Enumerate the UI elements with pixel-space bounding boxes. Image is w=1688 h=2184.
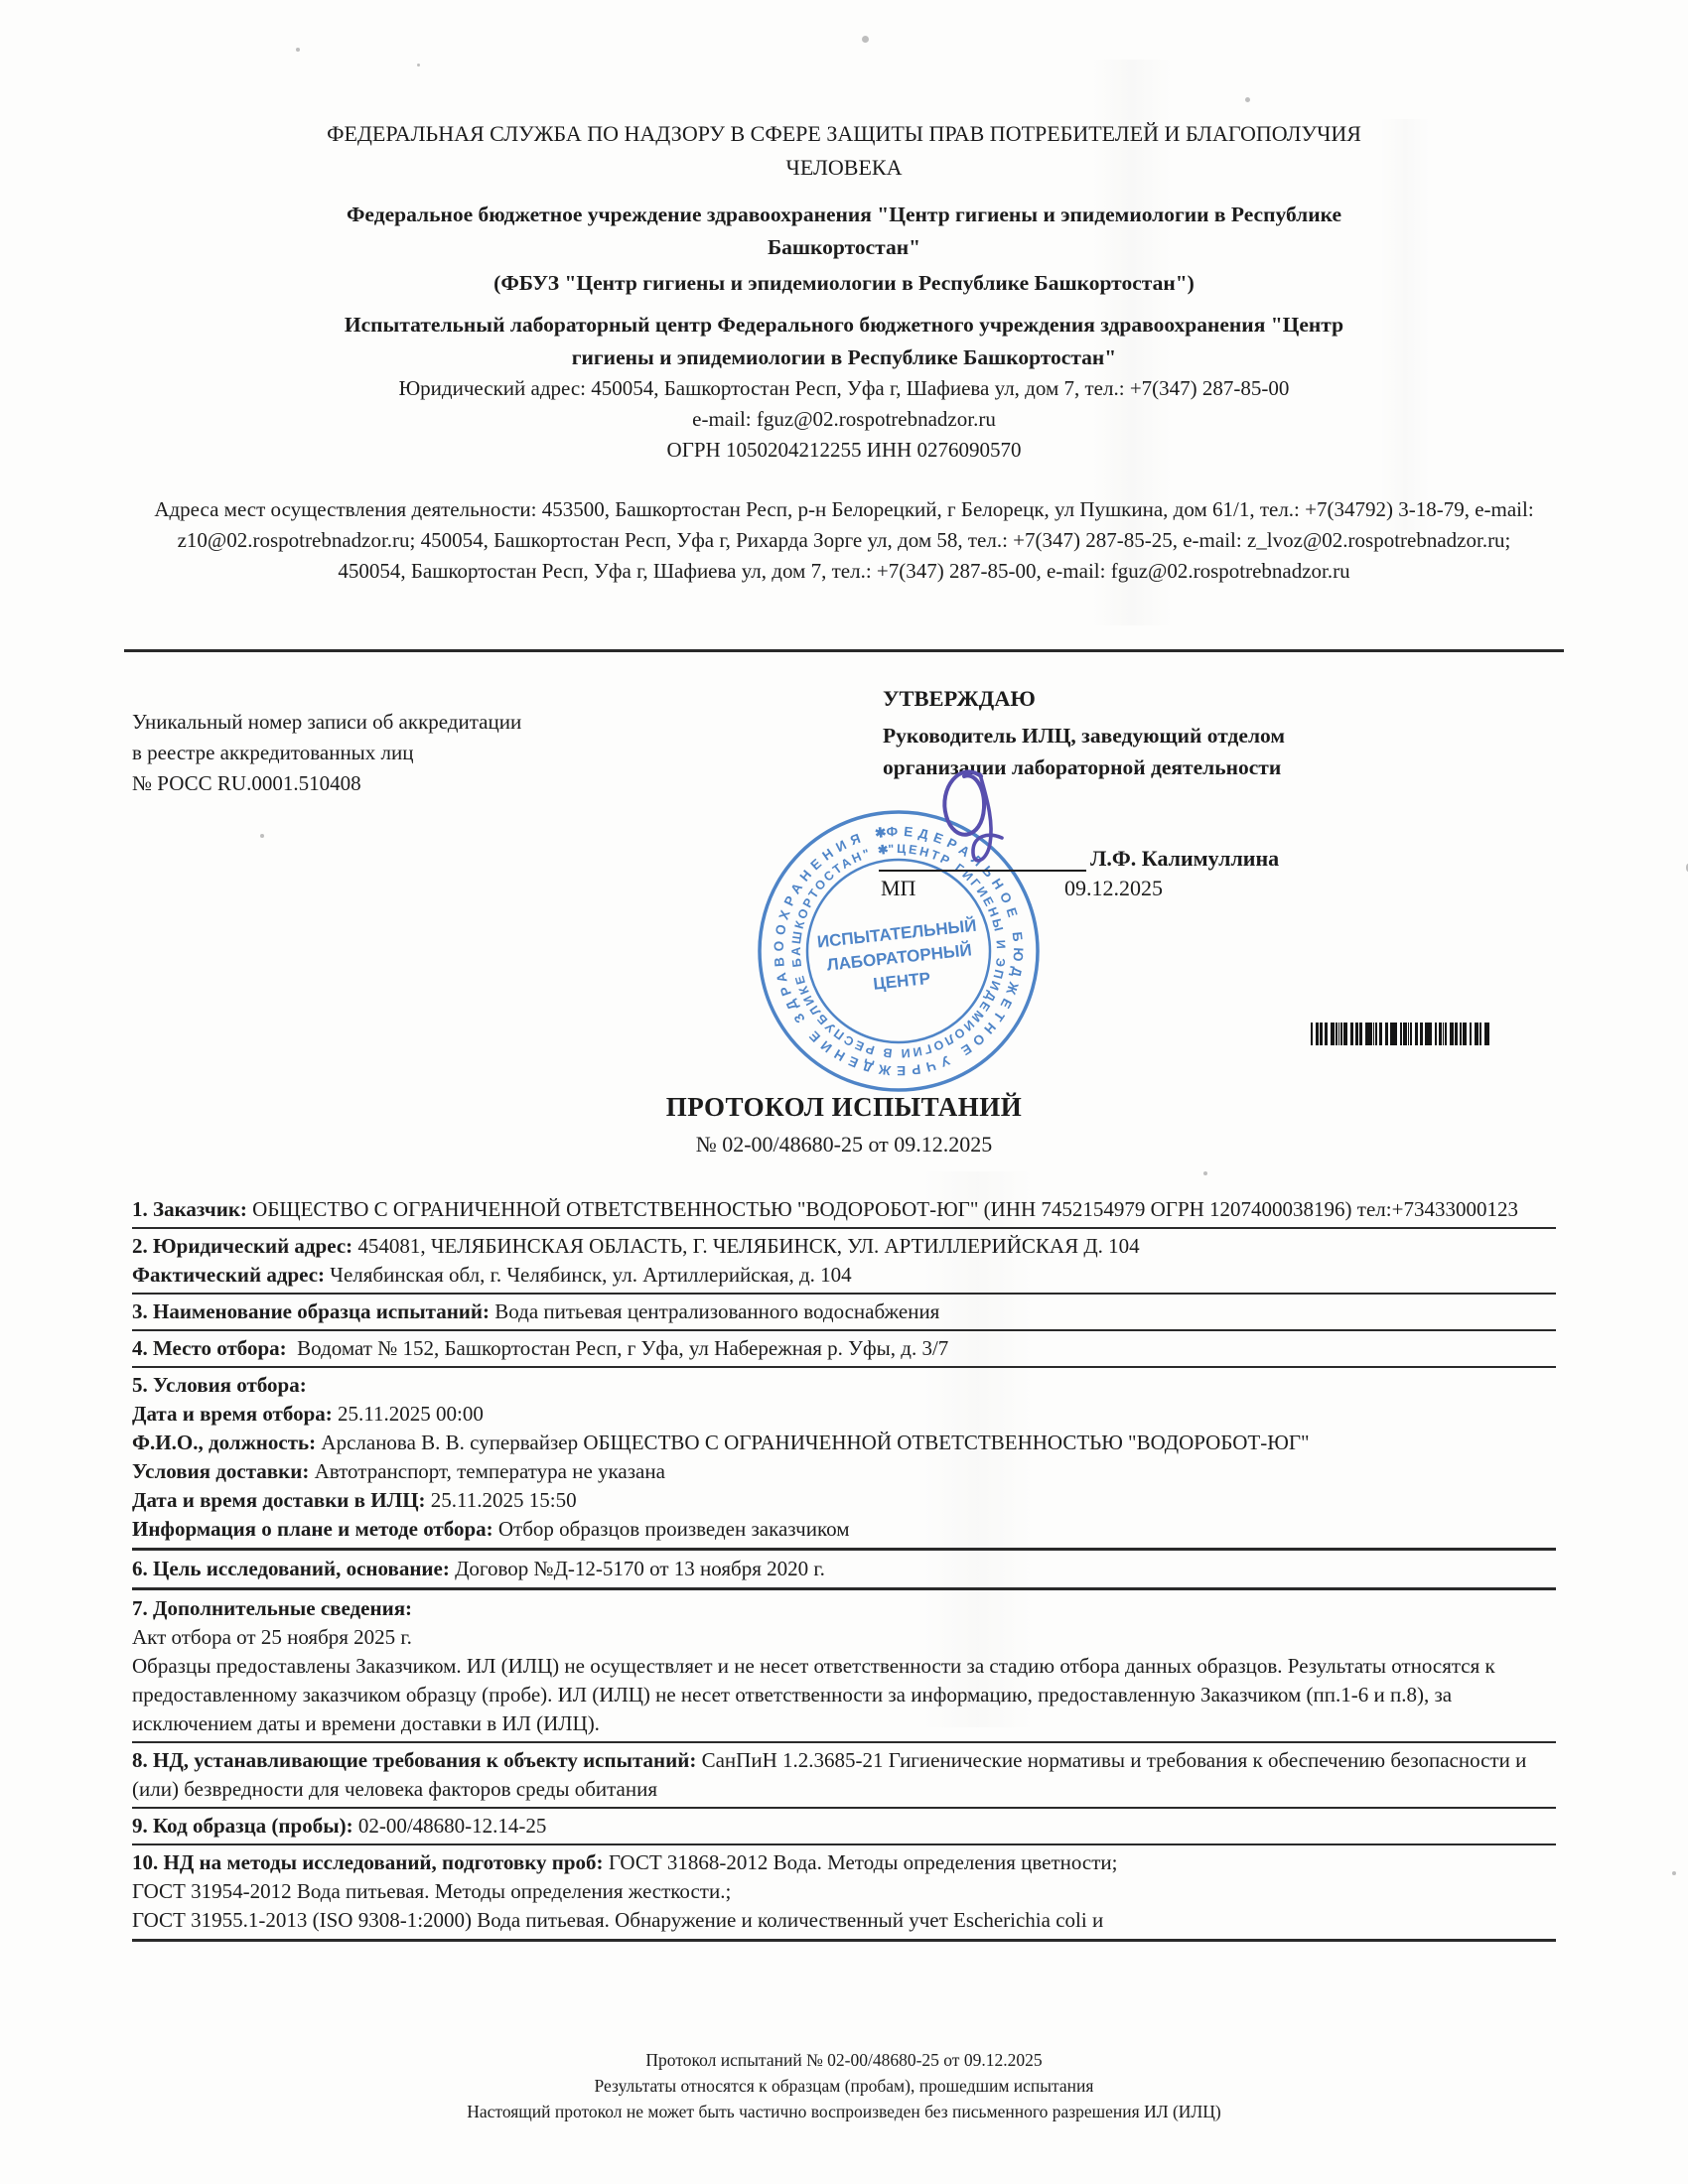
section-10-method-line: ГОСТ 31954-2012 Вода питьевая. Методы оп… [132,1877,1556,1906]
section-divider [132,1227,1556,1229]
approval-title: УТВЕРЖДАЮ [883,683,1285,715]
scan-speckle [1203,1171,1207,1175]
section-divider [132,1587,1556,1590]
section-6-purpose: 6. Цель исследований, основание: Договор… [132,1555,1556,1583]
section-divider [132,1548,1556,1551]
header-legal-address: Юридический адрес: 450054, Башкортостан … [0,376,1688,401]
sampling-date-row: Дата и время отбора: 25.11.2025 00:00 [132,1400,1556,1429]
protocol-title: ПРОТОКОЛ ИСПЫТАНИЙ [0,1092,1688,1123]
section-divider [132,1741,1556,1743]
footer-copy-note: Настоящий протокол не может быть частичн… [0,2099,1688,2124]
section-10-method-line: ГОСТ 31955.1-2013 (ISO 9308-1:2000) Вода… [132,1906,1556,1935]
scan-speckle [1245,97,1250,102]
delivery-date-row: Дата и время доставки в ИЛЦ: 25.11.2025 … [132,1486,1556,1515]
section-1-customer: 1. Заказчик: ОБЩЕСТВО С ОГРАНИЧЕННОЙ ОТВ… [132,1195,1556,1224]
sampler-name-row: Ф.И.О., должность: Арсланова В. В. супер… [132,1429,1556,1457]
section-7-act-line: Акт отбора от 25 ноября 2025 г. [132,1623,1556,1652]
delivery-conditions-row: Условия доставки: Автотранспорт, темпера… [132,1457,1556,1486]
signature-line [879,870,1086,872]
section-3-sample-name: 3. Наименование образца испытаний: Вода … [132,1297,1556,1326]
section-divider [132,1843,1556,1845]
scan-speckle [260,834,264,838]
header-email: e-mail: fguz@02.rospotrebnadzor.ru [0,407,1688,432]
header-ogrn-inn: ОГРН 1050204212255 ИНН 0276090570 [0,438,1688,463]
approver-name: Л.Ф. Калимуллина [1090,846,1279,872]
section-2-legal-address: 2. Юридический адрес: 454081, ЧЕЛЯБИНСКА… [132,1232,1556,1261]
section-divider [132,1939,1556,1942]
approver-position: Руководитель ИЛЦ, заведующий отделом [883,720,1285,751]
scan-speckle [417,64,420,67]
section-7-heading: 7. Дополнительные сведения: [132,1594,1556,1623]
accreditation-note: Уникальный номер записи об аккредитации … [132,707,521,799]
page-footer: Протокол испытаний № 02-00/48680-25 от 0… [0,2047,1688,2124]
section-9-sample-code: 9. Код образца (пробы): 02-00/48680-12.1… [132,1812,1556,1841]
signature-stroke [926,762,1016,880]
section-5-heading: 5. Условия отбора: [132,1371,1556,1400]
section-7-disclaimer: Образцы предоставлены Заказчиком. ИЛ (ИЛ… [132,1652,1556,1738]
signature [926,762,1016,880]
header-activity-addresses: Адреса мест осуществления деятельности: … [0,494,1688,587]
section-divider [132,1366,1556,1368]
footer-results-note: Результаты относятся к образцам (пробам)… [0,2073,1688,2099]
section-divider [132,1329,1556,1331]
sampling-plan-row: Информация о плане и методе отбора: Отбо… [132,1515,1556,1544]
barcode [1311,1023,1489,1045]
protocol-sections: 1. Заказчик: ОБЩЕСТВО С ОГРАНИЧЕННОЙ ОТВ… [132,1195,1556,1946]
protocol-number: № 02-00/48680-25 от 09.12.2025 [0,1132,1688,1158]
document-page: ФЕДЕРАЛЬНАЯ СЛУЖБА ПО НАДЗОРУ В СФЕРЕ ЗА… [0,0,1688,2184]
section-divider [132,1293,1556,1295]
approval-date: 09.12.2025 [1064,876,1163,901]
section-8-requirements: 8. НД, устанавливающие требования к объе… [132,1746,1556,1804]
scan-speckle [1672,1871,1676,1875]
accreditation-line: Уникальный номер записи об аккредитации [132,707,521,738]
section-2-actual-address: Фактический адрес: Челябинская обл, г. Ч… [132,1261,1556,1290]
scan-speckle [862,36,869,43]
section-divider [132,1807,1556,1809]
accreditation-number: № РОСС RU.0001.510408 [132,768,521,799]
header-lab-center-name: Испытательный лабораторный центр Федерал… [0,309,1688,374]
stamp-center-line3: ЦЕНТР [872,969,930,994]
header-org-short-name: (ФБУЗ "Центр гигиены и эпидемиологии в Р… [0,271,1688,296]
section-10-methods: 10. НД на методы исследований, подготовк… [132,1848,1556,1877]
accreditation-line: в реестре аккредитованных лиц [132,738,521,768]
header-divider [124,649,1564,652]
header-agency-name: ФЕДЕРАЛЬНАЯ СЛУЖБА ПО НАДЗОРУ В СФЕРЕ ЗА… [0,117,1688,185]
scan-speckle [296,48,300,52]
header-org-name: Федеральное бюджетное учреждение здравоо… [0,199,1688,264]
section-4-sampling-place: 4. Место отбора: Водомат № 152, Башкорто… [132,1334,1556,1363]
mp-label: МП [881,876,915,901]
footer-protocol-ref: Протокол испытаний № 02-00/48680-25 от 0… [0,2047,1688,2073]
